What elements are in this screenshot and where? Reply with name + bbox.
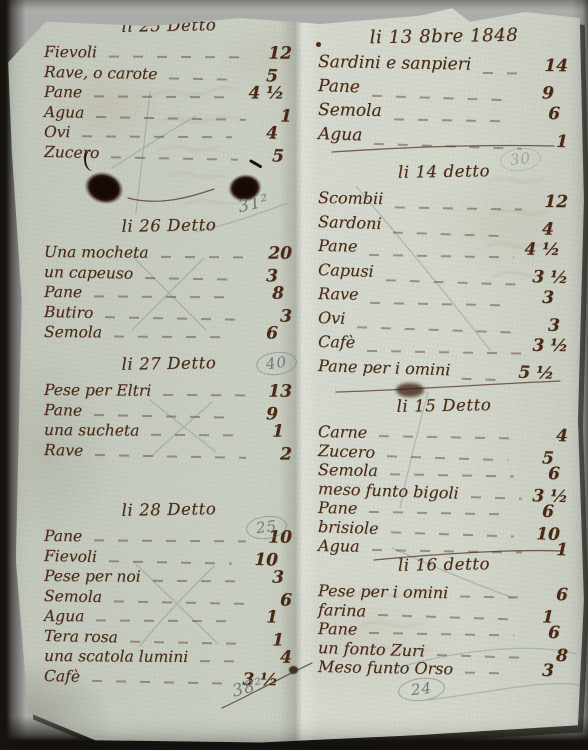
item-label: brisiole — [318, 517, 379, 538]
item-label: Rave — [44, 441, 84, 460]
dash-leader — [369, 632, 514, 637]
dash-leader — [163, 394, 246, 397]
ledger-row: Cafè3 ½ — [318, 332, 570, 360]
item-label: Pese per i omini — [318, 581, 449, 602]
ledger-row: Rave2 — [44, 440, 294, 465]
ledger-row: Pane8 — [44, 282, 294, 304]
dash-leader — [95, 454, 246, 459]
item-amount: 5 ½ — [518, 363, 555, 384]
item-amount: 6 — [524, 623, 560, 644]
item-label: Pane — [318, 619, 358, 639]
dash-leader — [460, 595, 522, 598]
ledger-row: Ovi4 — [44, 122, 294, 144]
item-label: Zucero — [318, 441, 376, 462]
item-label: Semola — [318, 100, 382, 121]
ledger-section: li 15 DettoCarne4Zucero5Semola6meso funt… — [318, 396, 570, 555]
dash-leader — [437, 654, 522, 659]
item-amount: 6 — [532, 585, 568, 606]
dash-leader — [151, 434, 238, 437]
ledger-section: li 14 dettoScombii12Sardoni4Pane4 ½Capus… — [318, 162, 570, 380]
item-label: Sardini e sanpieri — [318, 52, 472, 75]
item-amount: 12 — [532, 192, 568, 213]
ledger-section: li 26 DettoUna mocheta20un capeuso3Pane8… — [44, 216, 294, 342]
ledger-row: Fievoli12 — [44, 42, 294, 64]
dash-leader — [395, 206, 522, 210]
dash-leader — [378, 614, 508, 620]
item-amount: 20 — [256, 243, 292, 263]
item-amount: 4 ½ — [524, 240, 560, 261]
dash-leader — [109, 560, 232, 564]
item-label: Pane — [318, 498, 358, 518]
dash-leader — [153, 580, 238, 583]
item-label: Fievoli — [44, 547, 97, 566]
dash-leader — [82, 135, 232, 138]
ledger-row: Semola6 — [44, 322, 294, 344]
dash-leader — [372, 549, 522, 554]
dash-leader — [145, 277, 232, 281]
ink-dot — [289, 666, 298, 674]
dash-leader — [94, 539, 246, 542]
item-label: Rave, o carote — [44, 63, 158, 83]
item-amount: 1 — [248, 421, 284, 441]
item-amount: 13 — [256, 381, 292, 401]
dash-leader — [92, 680, 232, 685]
ledger-row: Pane4 ½ — [318, 236, 570, 264]
item-label: Carne — [318, 422, 368, 442]
item-label: Semola — [318, 460, 378, 480]
item-amount: 3 — [248, 567, 284, 587]
item-amount: 3 — [518, 660, 554, 681]
dash-leader — [470, 496, 521, 500]
ledger-section: li 13 8bre 1848Sardini e sanpieri14Pane9… — [318, 26, 570, 148]
item-label: Semola — [44, 587, 102, 606]
dash-leader — [94, 295, 238, 298]
item-amount: 6 — [242, 323, 278, 343]
item-label: Pane — [44, 401, 82, 420]
ledger-row: Sardini e sanpieri14 — [318, 52, 570, 80]
item-label: Meso funto Orso — [318, 657, 453, 678]
item-label: Cafè — [44, 667, 80, 686]
section-date-header: li 26 Detto — [44, 214, 294, 240]
dash-leader — [114, 335, 232, 338]
dash-leader — [483, 72, 522, 75]
ink-smudge — [396, 383, 424, 397]
item-label: farina — [318, 600, 367, 621]
item-amount: 9 — [518, 83, 555, 104]
item-amount: 1 — [242, 607, 278, 627]
item-label: Pane — [44, 283, 82, 301]
item-label: Pane — [44, 527, 82, 545]
dash-leader — [369, 254, 514, 259]
ledger-row: Una mocheta20 — [44, 242, 294, 264]
item-label: Pane — [318, 76, 360, 97]
item-amount: 4 ½ — [248, 83, 284, 103]
dash-leader — [379, 435, 522, 439]
item-label: Agua — [44, 103, 85, 122]
item-label: Agua — [318, 124, 363, 145]
item-amount: 6 — [524, 104, 560, 125]
photograph-of-ledger-page: li 25 DettoFievoli12Rave, o carote5Pane4… — [0, 0, 588, 750]
section-date-header: li 15 Detto — [318, 394, 570, 420]
dash-leader — [96, 619, 232, 622]
item-amount: 4 — [518, 219, 555, 240]
dash-leader — [390, 473, 514, 477]
dash-leader — [374, 143, 522, 150]
section-date-header: li 25 Detto — [44, 14, 294, 40]
dash-leader — [387, 455, 508, 461]
ledger-row: Pese per noi3 — [44, 566, 294, 588]
item-label: Pane — [318, 236, 358, 256]
ledger-row: Pese per Eltri13 — [44, 380, 294, 402]
ledger-row: Agua1 — [44, 606, 294, 628]
item-label: Rave — [318, 284, 359, 304]
ledger-row: una scatola lumini4 — [44, 646, 294, 668]
dash-leader — [94, 95, 238, 98]
dash-leader — [96, 116, 246, 121]
dash-leader — [111, 156, 238, 160]
item-label: Cafè — [318, 332, 355, 352]
dash-leader — [394, 118, 514, 122]
dash-leader — [109, 55, 246, 58]
dash-leader — [130, 641, 238, 645]
item-amount: 6 — [518, 501, 554, 522]
item-label: Capusi — [318, 260, 374, 281]
section-date-header: li 13 8bre 1848 — [318, 24, 570, 50]
item-label: Pese per Eltri — [44, 381, 151, 400]
left-column: li 25 DettoFievoli12Rave, o carote5Pane4… — [44, 16, 294, 686]
dash-leader — [369, 511, 508, 515]
item-label: Butiro — [44, 303, 94, 322]
item-label: Pane — [44, 83, 82, 101]
item-amount: 14 — [532, 56, 568, 77]
item-label: Ovi — [318, 308, 346, 328]
ledger-section: li 25 DettoFievoli12Rave, o carote5Pane4… — [44, 16, 294, 162]
item-label: Ovi — [44, 123, 71, 141]
item-label: Una mocheta — [44, 243, 149, 262]
dash-leader — [105, 316, 246, 321]
ledger-row: Meso funto Orso3 — [318, 657, 570, 680]
ledger-row: Pane per i omini5 ½ — [318, 356, 571, 388]
dash-leader — [465, 672, 508, 675]
item-amount: 3 — [524, 315, 561, 336]
item-label: Agua — [318, 536, 360, 556]
paper-sheet: li 25 DettoFievoli12Rave, o carote5Pane4… — [0, 0, 588, 750]
item-label: Pese per noi — [44, 567, 141, 586]
pencil-circled-number: 24 — [397, 675, 447, 704]
item-amount: 4 — [256, 647, 292, 667]
item-amount: 2 — [256, 444, 292, 465]
item-label: Tera rosa — [44, 627, 118, 646]
item-label: una scatola lumini — [44, 647, 188, 666]
item-amount: 3 — [518, 287, 554, 308]
item-label: Scombii — [318, 188, 384, 208]
dash-leader — [161, 256, 246, 259]
ledger-row: Pane4 ½ — [44, 82, 294, 104]
ink-dot — [316, 42, 321, 47]
right-column: li 13 8bre 1848Sardini e sanpieri14Pane9… — [318, 26, 570, 676]
item-amount: 6 — [524, 464, 560, 485]
item-label: Sardoni — [318, 212, 382, 233]
dash-leader — [393, 231, 508, 237]
dash-leader — [94, 414, 232, 419]
ledger-row: una sucheta1 — [44, 420, 294, 442]
dash-leader — [114, 600, 246, 605]
dash-leader — [370, 302, 508, 306]
ledger-row: Rave3 — [318, 284, 570, 312]
dash-leader — [200, 660, 246, 662]
dash-leader — [390, 531, 513, 537]
item-label: un capeuso — [44, 263, 134, 283]
item-label: Semola — [44, 323, 102, 341]
dash-leader — [169, 77, 232, 80]
item-label: Agua — [44, 607, 84, 625]
dash-leader — [462, 378, 508, 382]
ledger-row: Semola6 — [318, 100, 570, 128]
item-amount: 3 ½ — [532, 267, 569, 288]
item-label: Pane per i omini — [318, 356, 451, 379]
item-label: Fievoli — [44, 43, 97, 61]
ledger-row: Scombii12 — [318, 188, 570, 216]
item-amount: 8 — [248, 283, 284, 303]
ledger-section: li 27 DettoPese per Eltri13Pane9una such… — [44, 354, 294, 460]
item-amount: 4 — [532, 426, 568, 447]
item-amount: 4 — [242, 123, 278, 143]
section-date-header: li 16 detto — [318, 553, 570, 579]
item-amount: 3 ½ — [532, 336, 568, 357]
dash-leader — [367, 350, 522, 355]
ledger-section: li 16 dettoPese per i omini6farina1Pane6… — [318, 555, 570, 676]
item-label: una sucheta — [44, 421, 140, 440]
item-amount: 12 — [256, 43, 292, 63]
item-amount: 1 — [532, 131, 569, 152]
